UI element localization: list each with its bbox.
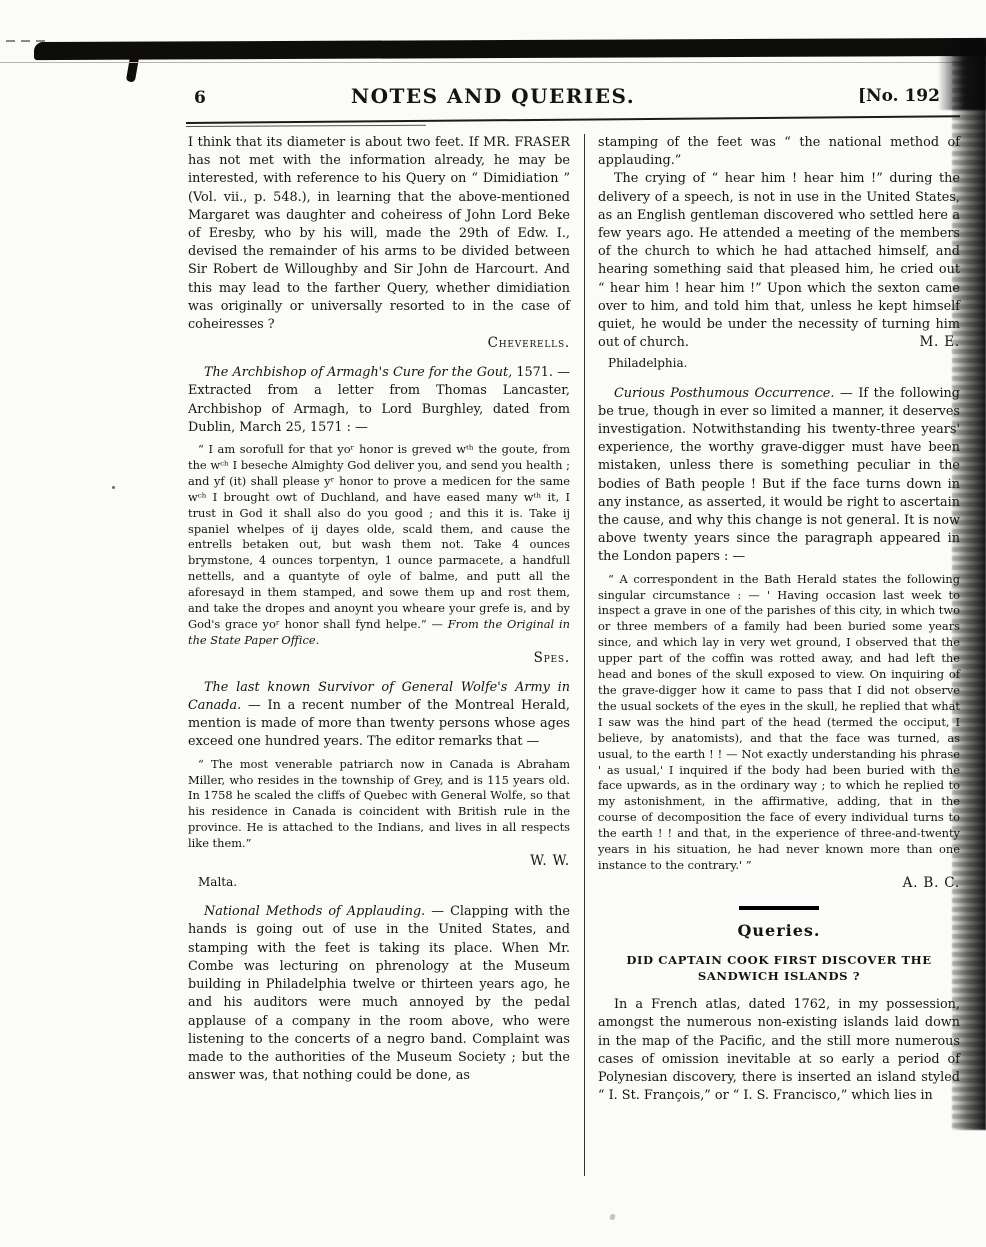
signature: Cheverells. [188,335,570,352]
article-lead: The last known Survivor of General Wolfe… [188,679,570,752]
article-national-applauding: National Methods of Applauding. — Clappi… [188,903,570,1085]
article-title: The Archbishop of Armagh's Cure for the … [204,365,512,380]
continuation-text: stamping of the feet was “ the national … [598,134,960,170]
signature: A. B. C. [598,875,960,892]
quoted-editor-remark: “ The most venerable patriarch now in Ca… [188,757,570,852]
quoted-correspondence: “ A correspondent in the Bath Herald sta… [598,572,960,874]
article-lead: Curious Posthumous Occurrence. — If the … [598,385,960,567]
place-line: Philadelphia. [598,354,960,372]
signature: W. W. [188,853,570,870]
scan-page-edge-line [0,62,986,63]
article-wolfe-survivor: The last known Survivor of General Wolfe… [188,679,570,891]
article-applauding-continuation: stamping of the feet was “ the national … [598,134,960,373]
article-lead: National Methods of Applauding. — Clappi… [188,903,570,1085]
quoted-letter: “ I am sorofull for that yoʳ honor is gr… [188,442,570,649]
paragraph: In a French atlas, dated 1762, in my pos… [598,996,960,1105]
signature: Spes. [188,650,570,667]
article-title: National Methods of Applauding. [204,904,425,919]
header-rule [186,115,960,124]
quote-text: “ I am sorofull for that yoʳ honor is gr… [188,442,570,631]
article-intro: — In a recent number of the Montreal Her… [188,698,570,749]
scan-artifact-top-band [34,38,986,60]
scan-ink-speck [112,486,115,489]
query-title: DID CAPTAIN COOK FIRST DISCOVER THE SAND… [598,952,960,984]
left-column: I think that its diameter is about two f… [188,134,570,1085]
article-intro: — If the following be true, though in ev… [598,386,960,565]
article-captain-cook-query: In a French atlas, dated 1762, in my pos… [598,996,960,1105]
header-rule-secondary [186,125,426,127]
issue-number: [No. 192 [858,86,940,106]
column-divider [584,134,585,1176]
article-intro: — Clapping with the hands is going out o… [188,904,570,1083]
article-archbishop-gout-cure: The Archbishop of Armagh's Cure for the … [188,364,570,667]
scan-bottom-speck [609,1213,616,1220]
section-divider-rule [739,906,819,910]
place-line: Malta. [188,873,570,891]
publication-title: NOTES AND QUERIES. [0,84,986,108]
article-dimidiation-reply: I think that its diameter is about two f… [188,134,570,352]
article-lead: The Archbishop of Armagh's Cure for the … [188,364,570,437]
article-title: Curious Posthumous Occurrence. [614,386,834,401]
right-column: stamping of the feet was “ the national … [598,134,960,1105]
paragraph: The crying of “ hear him ! hear him !” d… [598,170,960,352]
article-posthumous-occurrence: Curious Posthumous Occurrence. — If the … [598,385,960,892]
paragraph: I think that its diameter is about two f… [188,134,570,334]
queries-section-heading: Queries. [598,922,960,940]
